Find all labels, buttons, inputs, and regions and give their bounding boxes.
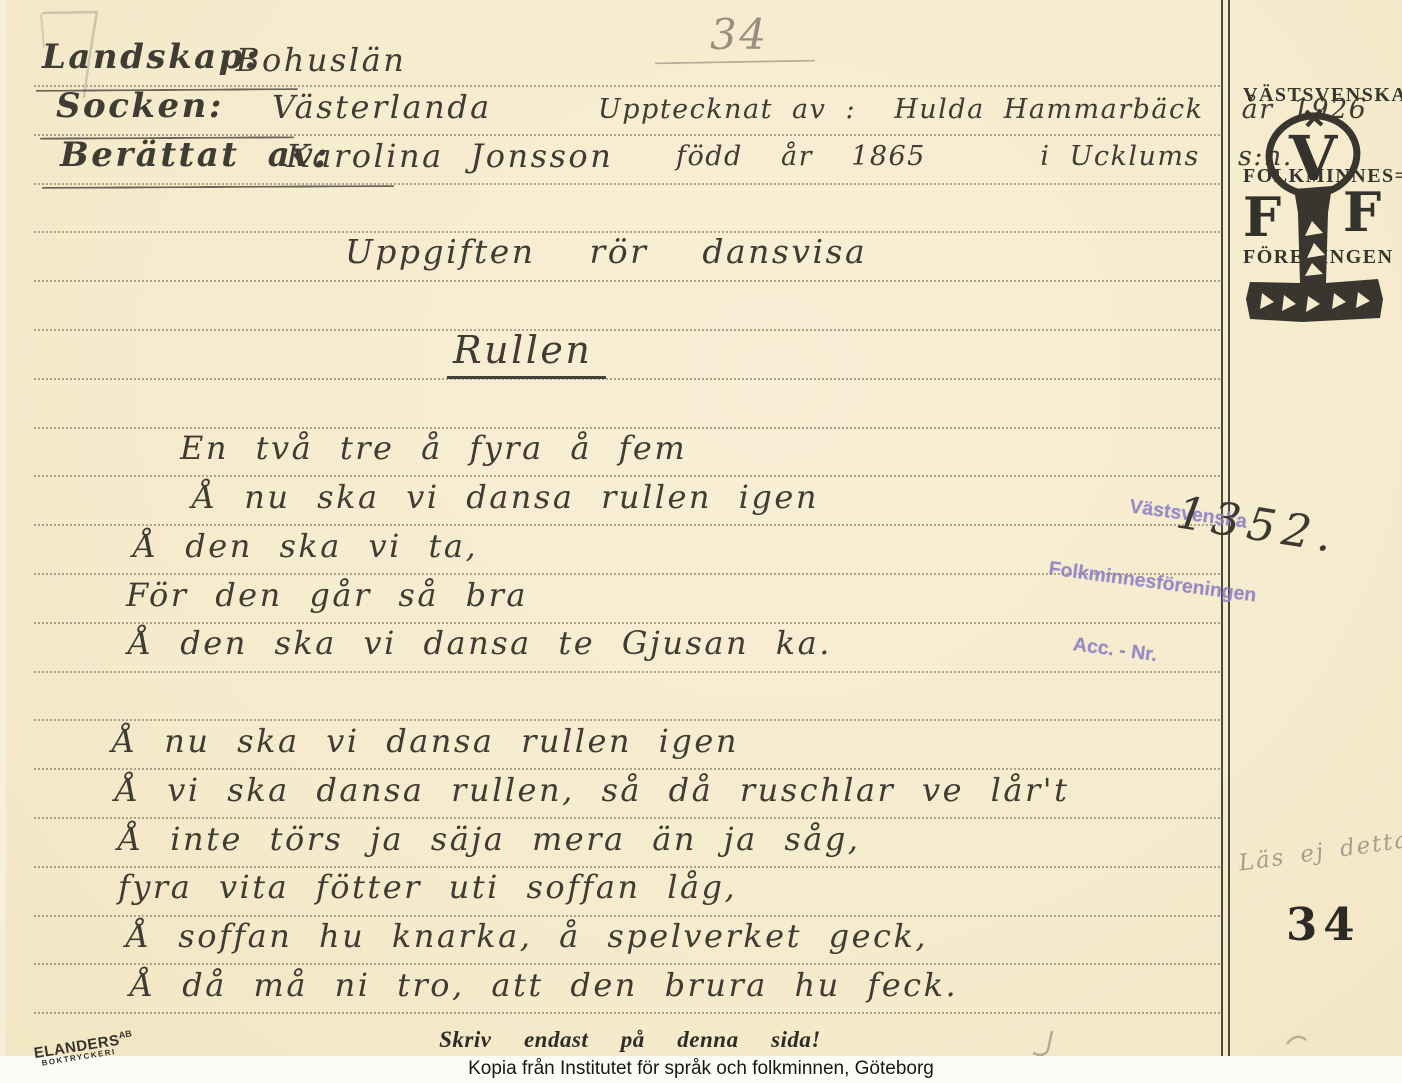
verse-line: Å den ska vi dansa te Gjusan ka. [128, 626, 832, 661]
stamp-line-2: Folkminnesföreningen [1047, 556, 1257, 607]
logo-letter-f-left: F [1243, 185, 1281, 249]
copy-note: Kopia från Institutet för språk och folk… [0, 1056, 1402, 1080]
verse-line: Å den ska vi ta, [133, 529, 478, 564]
document-page: 34 Landskap: Bohuslän Socken: Västerland… [0, 0, 1402, 1083]
field-value-berattat-av: Karolina Jonsson [286, 139, 613, 174]
bottom-pencil-bracket [1033, 1031, 1052, 1055]
field-label-socken: Socken: [56, 88, 224, 125]
copy-note-strip: Kopia från Institutet för språk och folk… [0, 1056, 1402, 1083]
verse-line: Å inte törs ja säja mera än ja såg, [118, 822, 860, 857]
verse-line: Å soffan hu knarka, å spelverket geck, [126, 919, 928, 954]
song-title: Rullen [447, 330, 606, 379]
pencil-page-number: 34 [710, 12, 768, 58]
printed-page-number: 34 [1286, 898, 1361, 951]
verse-line: fyra vita fötter uti soffan låg, [118, 870, 737, 905]
logo-letter-f-right: F [1343, 180, 1381, 244]
field-label-landskap: Landskap: [42, 39, 260, 76]
verse-line: Å då må ni tro, att den brura hu feck. [130, 968, 958, 1003]
field-value-landskap: Bohuslän [236, 43, 406, 78]
born-note: född år 1865 i Ucklums s:n. [676, 142, 1293, 172]
verse-line: Å nu ska vi dansa rullen igen [192, 480, 819, 515]
verse-line: Å nu ska vi dansa rullen igen [112, 724, 739, 759]
stamp-line-3: Acc. - Nr. [1072, 632, 1249, 679]
write-only-instruction: Skriv endast på denna sida! [330, 1027, 930, 1053]
accession-stamp: Västsvenska Folkminnesföreningen Acc. - … [1032, 437, 1274, 726]
printer-suffix: AB [118, 1028, 132, 1040]
bottom-right-pencil-squiggle [1287, 1037, 1306, 1044]
subject-line: Uppgiften rör dansvisa [345, 234, 867, 270]
vff-hammer-logo: V F F [1242, 103, 1402, 338]
verse-line: En två tre å fyra å fem [180, 431, 687, 466]
field-value-socken: Västerlanda [272, 90, 492, 125]
verse-line: För den går så bra [126, 578, 528, 613]
logo-letter-v: V [1288, 122, 1338, 195]
verse-line: Å vi ska dansa rullen, så då ruschlar ve… [115, 773, 1069, 808]
